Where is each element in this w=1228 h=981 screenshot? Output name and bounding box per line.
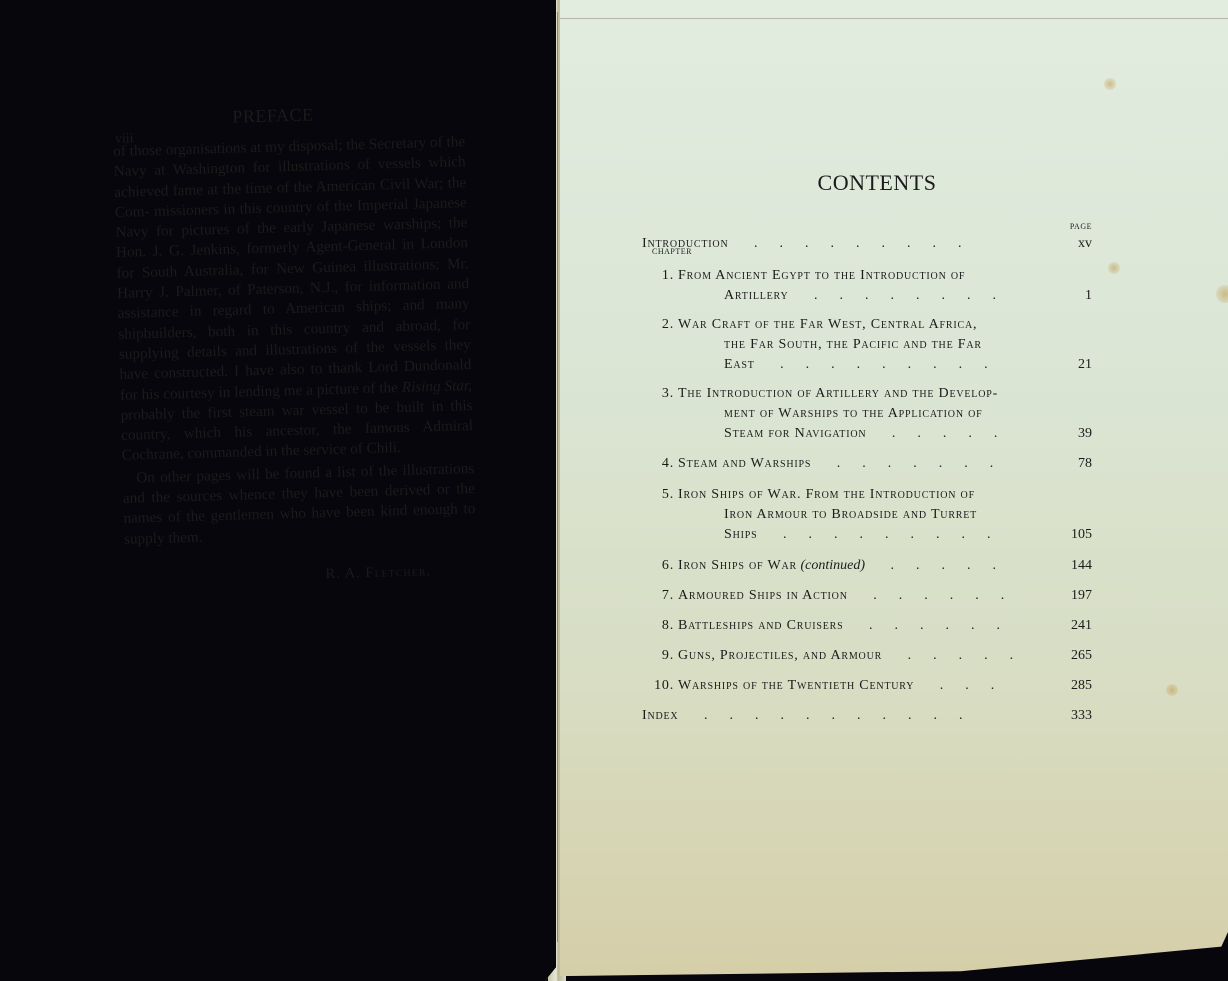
chapter-title: Artillery (724, 288, 788, 303)
toc-entry: 7.Armoured Ships in Action ......197 (642, 586, 1092, 606)
toc-entry: 10.Warships of the Twentieth Century ...… (642, 676, 1092, 696)
page-number: 285 (1071, 676, 1092, 696)
toc-entry: 9.Guns, Projectiles, and Armour .....265 (642, 646, 1092, 666)
chapter-title: Battleships and Cruisers (678, 618, 843, 633)
chapter-title: the Far South, the Pacific and the Far (724, 337, 982, 352)
chapter-title: Steam for Navigation (724, 426, 866, 441)
page-top-edge (560, 18, 1228, 19)
page-number: viii (115, 129, 134, 150)
chapter-number: 6. (642, 556, 674, 576)
page-number: 265 (1071, 646, 1092, 666)
chapter-number: 3. (642, 384, 674, 404)
chapter-number: 8. (642, 616, 674, 636)
toc-entry: 1.From Ancient Egypt to the Introduction… (642, 266, 1092, 306)
preface-paragraph-2: On other pages will be found a list of t… (122, 459, 476, 550)
chapter-number: 4. (642, 454, 674, 474)
toc-entry: Index ...........333 (642, 706, 1092, 726)
page-number: 144 (1071, 556, 1092, 576)
toc-entry: 8.Battleships and Cruisers ......241 (642, 616, 1092, 636)
page-number: 241 (1071, 616, 1092, 636)
chapter-number: 1. (642, 266, 674, 286)
gutter-crease (557, 12, 558, 942)
page-number: 78 (1078, 454, 1092, 474)
page-number: xv (1078, 234, 1092, 254)
page-number: 197 (1071, 586, 1092, 606)
toc-entry: 5.Iron Ships of War. From the Introducti… (642, 485, 1092, 545)
toc-entry: 6.Iron Ships of War (continued) .....144 (642, 556, 1092, 576)
chapter-title: From Ancient Egypt to the Introduction o… (678, 268, 965, 283)
chapter-number: 7. (642, 586, 674, 606)
chapter-number: 2. (642, 315, 674, 335)
toc-entry: 2.War Craft of the Far West, Central Afr… (642, 315, 1092, 375)
foxing-stain (1166, 684, 1178, 696)
preface-title: PREFACE (232, 104, 314, 127)
chapter-number: 10. (642, 676, 674, 696)
chapter-title: Guns, Projectiles, and Armour (678, 648, 882, 663)
chapter-title: Ships (724, 527, 757, 542)
foxing-stain (1104, 78, 1116, 90)
chapter-title: Iron Armour to Broadside and Turret (724, 507, 977, 522)
chapter-title: War Craft of the Far West, Central Afric… (678, 317, 977, 332)
chapter-title: Iron Ships of War (678, 558, 797, 573)
chapter-number: 5. (642, 485, 674, 505)
chapter-title: Warships of the Twentieth Century (678, 678, 914, 693)
contents-title: CONTENTS (662, 170, 1092, 196)
preface-paragraph-1: of those organisations at my disposal; t… (113, 132, 474, 466)
chapter-title: Iron Ships of War. From the Introduction… (678, 487, 975, 502)
contents-section: CONTENTS PAGE CHAPTER Introduction .....… (642, 170, 1092, 196)
chapter-title: Steam and Warships (678, 456, 811, 471)
page-number: 105 (1071, 525, 1092, 545)
chapter-title: ment of Warships to the Application of (724, 406, 983, 421)
preface-section: viii PREFACE of those organisations at m… (112, 98, 477, 590)
chapter-title: Armoured Ships in Action (678, 588, 848, 603)
foxing-stain (1216, 285, 1228, 303)
page-number: 1 (1085, 286, 1092, 306)
chapter-number: 9. (642, 646, 674, 666)
page-number: 39 (1078, 424, 1092, 444)
page-number: 21 (1078, 355, 1092, 375)
toc-entry: 4.Steam and Warships .......78 (642, 454, 1092, 474)
foxing-stain (1108, 262, 1120, 274)
chapter-title: The Introduction of Artillery and the De… (678, 386, 998, 401)
chapter-title: Introduction (642, 236, 728, 251)
book-spread: viii PREFACE of those organisations at m… (0, 0, 1228, 981)
chapter-title: East (724, 357, 755, 372)
page-column-label: PAGE (1070, 222, 1092, 231)
chapter-title: Index (642, 708, 678, 723)
toc-entry: 3.The Introduction of Artillery and the … (642, 384, 1092, 444)
ship-name: Rising Star, (402, 377, 473, 396)
page-number: 333 (1071, 706, 1092, 726)
toc-entry: Introduction .........xv (642, 234, 1092, 254)
